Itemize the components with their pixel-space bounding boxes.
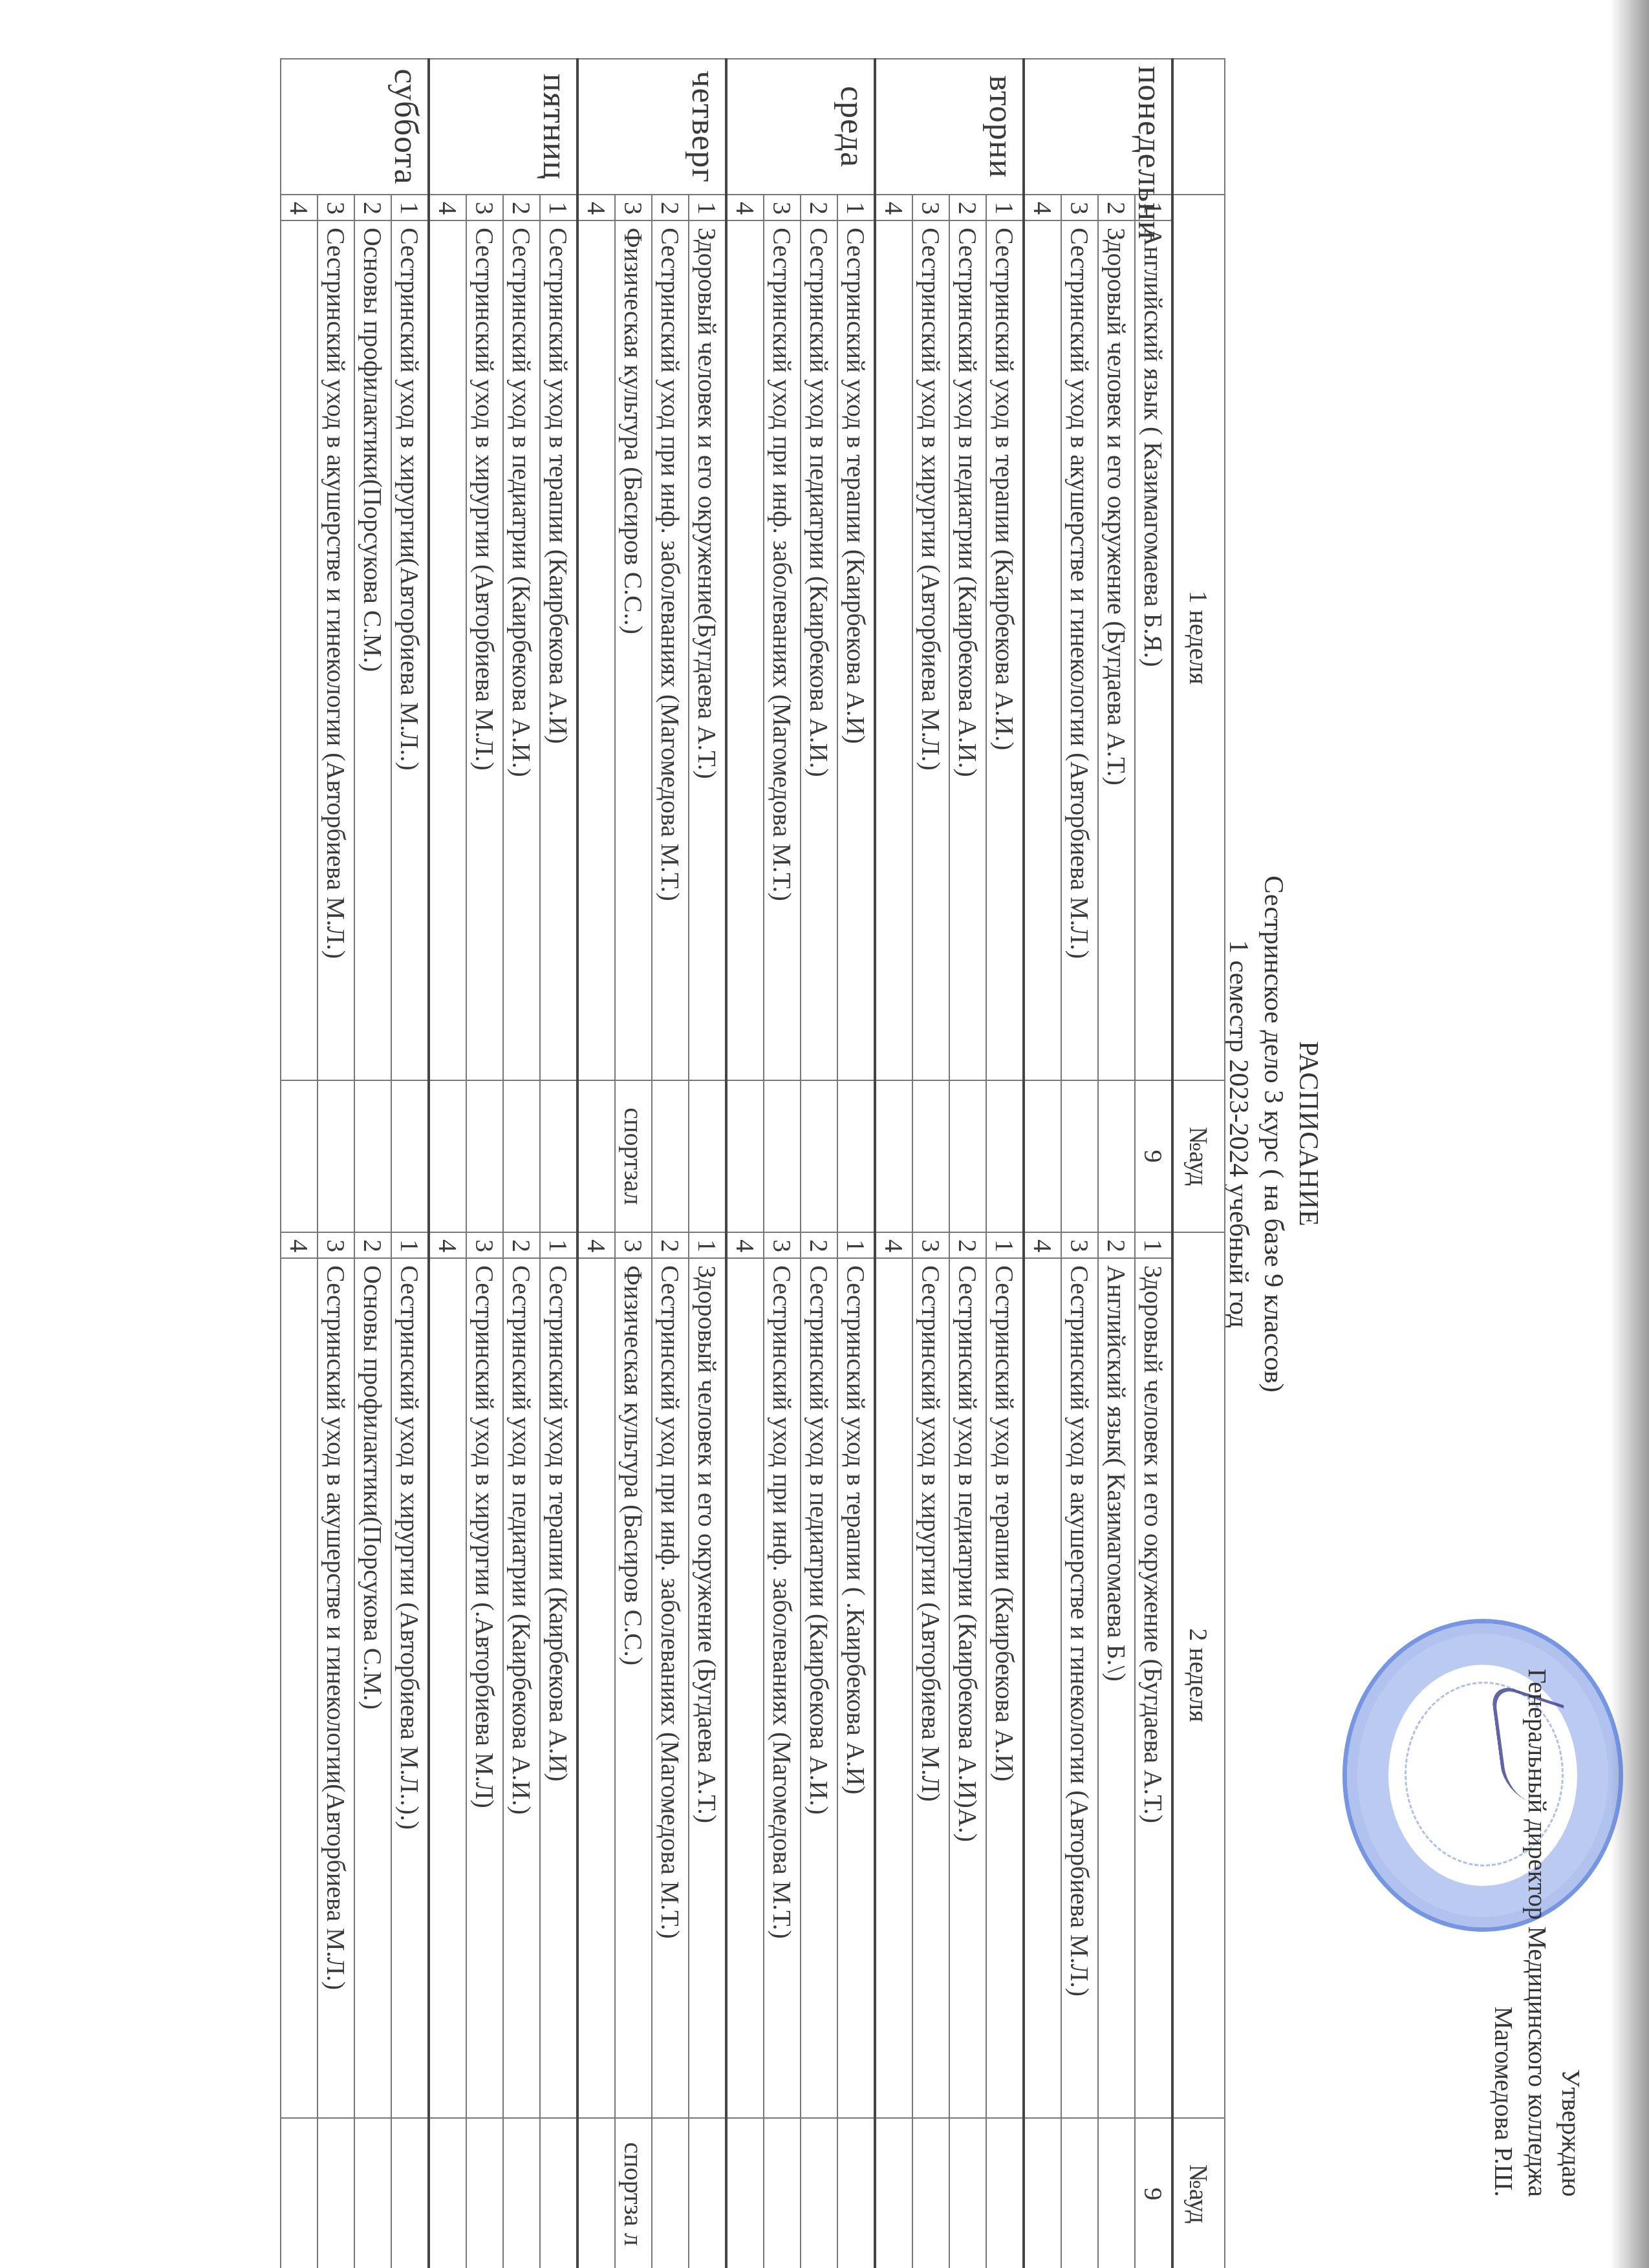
lesson-number-week2: 1 — [689, 1232, 726, 1258]
title-semester: 1 семестр 2023-2024 учебный год — [1221, 0, 1256, 2268]
lesson-subject-week1: Сестринский уход в акушерстве и гинеколо… — [1061, 220, 1098, 1080]
lesson-subject-week2: Здоровый человек и его окружение (Бугдае… — [689, 1258, 726, 2118]
lesson-subject-week2: Здоровый человек и его окружение (Бугдае… — [1135, 1258, 1172, 2118]
table-row: среда1Сестринский уход в терапии (Каирбе… — [837, 59, 875, 2268]
lesson-number-week2: 4 — [875, 1232, 912, 1258]
header-aud-week2: №ауд — [1172, 2118, 1225, 2268]
lesson-number-week2: 1 — [986, 1232, 1024, 1258]
lesson-room-week2 — [540, 2118, 577, 2268]
lesson-number-week1: 3 — [318, 195, 354, 220]
table-row: вторни1Сестринский уход в терапии (Каирб… — [986, 59, 1024, 2268]
lesson-room-week1 — [391, 1080, 429, 1232]
lesson-subject-week1 — [281, 220, 318, 1080]
lesson-subject-week1: Сестринский уход при инф. заболеваниях (… — [764, 220, 801, 1080]
lesson-number-week1: 2 — [503, 195, 540, 220]
lesson-room-week2 — [577, 2118, 615, 2268]
lesson-room-week1 — [764, 1080, 801, 1232]
lesson-number-week1: 2 — [801, 195, 837, 220]
table-row: 44 — [281, 59, 318, 2268]
lesson-subject-week2: Сестринский уход при инф. заболеваниях (… — [764, 1258, 801, 2118]
lesson-room-week1: спортзал — [615, 1080, 652, 1232]
lesson-subject-week1: Сестринский уход в педиатрии (Каирбекова… — [503, 220, 540, 1080]
lesson-subject-week1 — [429, 220, 466, 1080]
lesson-subject-week2: Сестринский уход в терапии (Каирбекова А… — [986, 1258, 1024, 2118]
lesson-number-week2: 1 — [1135, 1232, 1172, 1258]
lesson-room-week2 — [503, 2118, 540, 2268]
lesson-subject-week2 — [577, 1258, 615, 2118]
table-row: 3Сестринский уход в хирургии (Авторбиева… — [912, 59, 949, 2268]
lesson-number-week1: 2 — [949, 195, 986, 220]
scan-edge-shadow — [1610, 0, 1649, 2268]
lesson-number-week1: 4 — [875, 195, 912, 220]
lesson-number-week2: 2 — [354, 1232, 391, 1258]
lesson-number-week1: 1 — [540, 195, 577, 220]
lesson-room-week1 — [540, 1080, 577, 1232]
lesson-subject-week2: Сестринский уход в акушерстве и гинеколо… — [1061, 1258, 1098, 2118]
lesson-room-week1 — [318, 1080, 354, 1232]
lesson-number-week2: 2 — [1098, 1232, 1135, 1258]
lesson-subject-week2: Сестринский уход в хирургии (Авторбиева … — [391, 1258, 429, 2118]
lesson-room-week1 — [577, 1080, 615, 1232]
lesson-room-week1 — [1098, 1080, 1135, 1232]
lesson-room-week1 — [652, 1080, 689, 1232]
lesson-room-week2 — [875, 2118, 912, 2268]
lesson-room-week2 — [1061, 2118, 1098, 2268]
lesson-subject-week1 — [577, 220, 615, 1080]
lesson-number-week1: 3 — [466, 195, 503, 220]
lesson-number-week2: 3 — [912, 1232, 949, 1258]
schedule-table: 1 неделя №ауд 2 неделя №ауд понедельни1А… — [280, 58, 1225, 2268]
lesson-number-week1: 2 — [354, 195, 391, 220]
lesson-subject-week1: Сестринский уход в акушерстве и гинеколо… — [318, 220, 354, 1080]
table-row: пятниц1Сестринский уход в терапии (Каирб… — [540, 59, 577, 2268]
header-week1: 1 неделя — [1172, 195, 1225, 1080]
title-heading: РАСПИСАНИЕ — [1291, 0, 1326, 2268]
lesson-number-week2: 1 — [837, 1232, 875, 1258]
lesson-number-week2: 2 — [801, 1232, 837, 1258]
day-label: пятниц — [429, 59, 577, 195]
lesson-subject-week1: Сестринский уход в хирургии (Авторбиева … — [466, 220, 503, 1080]
lesson-room-week2 — [354, 2118, 391, 2268]
lesson-subject-week2 — [875, 1258, 912, 2118]
header-aud-week1: №ауд — [1172, 1080, 1225, 1232]
table-row: 44 — [429, 59, 466, 2268]
lesson-subject-week2: Английский язык( Казимагомаева Б.\) — [1098, 1258, 1135, 2118]
lesson-room-week2 — [466, 2118, 503, 2268]
lesson-subject-week2: Сестринский уход в педиатрии (Каирбекова… — [949, 1258, 986, 2118]
table-row: 3Сестринский уход в акушерстве и гинекол… — [1061, 59, 1098, 2268]
lesson-number-week1: 3 — [764, 195, 801, 220]
table-row: 3Сестринский уход в хирургии (Авторбиева… — [466, 59, 503, 2268]
lesson-subject-week1 — [875, 220, 912, 1080]
table-row: суббота1Сестринский уход в хирургии(Авто… — [391, 59, 429, 2268]
table-row: 3Сестринский уход при инф. заболеваниях … — [764, 59, 801, 2268]
lesson-subject-week2: Сестринский уход в терапии ( .Каирбекова… — [837, 1258, 875, 2118]
lesson-subject-week1 — [726, 220, 764, 1080]
lesson-subject-week1: Сестринский уход в педиатрии (Каирбекова… — [949, 220, 986, 1080]
lesson-room-week2 — [652, 2118, 689, 2268]
table-row: 2Сестринский уход в педиатрии (Каирбеков… — [949, 59, 986, 2268]
schedule-body: понедельни1Английский язык ( Казимагомае… — [281, 59, 1172, 2268]
lesson-number-week2: 4 — [1024, 1232, 1061, 1258]
lesson-number-week2: 3 — [1061, 1232, 1098, 1258]
table-row: 2Сестринский уход в педиатрии (Каирбеков… — [801, 59, 837, 2268]
lesson-room-week1 — [949, 1080, 986, 1232]
table-row: 2Сестринский уход в педиатрии (Каирбеков… — [503, 59, 540, 2268]
approval-label: Утверждаю — [1554, 1486, 1588, 2197]
lesson-number-week1: 3 — [912, 195, 949, 220]
lesson-subject-week1: Здоровый человек и его окружение (Бугдае… — [1098, 220, 1135, 1080]
lesson-subject-week1: Сестринский уход в хирургии(Авторбиева М… — [391, 220, 429, 1080]
lesson-subject-week2: Сестринский уход в терапии (Каирбекова А… — [540, 1258, 577, 2118]
lesson-subject-week1: Сестринский уход в терапии (Каирбекова А… — [986, 220, 1024, 1080]
table-row: 44 — [726, 59, 764, 2268]
lesson-room-week1 — [503, 1080, 540, 1232]
table-row: 44 — [577, 59, 615, 2268]
lesson-number-week1: 4 — [1024, 195, 1061, 220]
lesson-room-week2 — [391, 2118, 429, 2268]
lesson-room-week2 — [1098, 2118, 1135, 2268]
lesson-subject-week2 — [1024, 1258, 1061, 2118]
table-row: 2Основы профилактики(Порсукова С.М.)2Осн… — [354, 59, 391, 2268]
lesson-subject-week2: Сестринский уход в акушерстве и гинеколо… — [318, 1258, 354, 2118]
lesson-number-week1: 4 — [726, 195, 764, 220]
table-row: 3Сестринский уход в акушерстве и гинекол… — [318, 59, 354, 2268]
lesson-room-week1 — [801, 1080, 837, 1232]
lesson-number-week2: 3 — [615, 1232, 652, 1258]
lesson-room-week1 — [1024, 1080, 1061, 1232]
day-label: понедельни — [1024, 59, 1172, 195]
lesson-number-week2: 2 — [949, 1232, 986, 1258]
lesson-number-week1: 4 — [577, 195, 615, 220]
approval-position: Генеральный директор Медицинского коллед… — [1520, 1486, 1554, 2197]
table-row: понедельни1Английский язык ( Казимагомае… — [1135, 59, 1172, 2268]
table-row: 44 — [875, 59, 912, 2268]
lesson-number-week2: 2 — [503, 1232, 540, 1258]
lesson-room-week2 — [837, 2118, 875, 2268]
lesson-room-week2 — [912, 2118, 949, 2268]
table-row: 2Здоровый человек и его окружение (Бугда… — [1098, 59, 1135, 2268]
lesson-subject-week2: Основы профилактики(Порсукова С.М.) — [354, 1258, 391, 2118]
day-label: среда — [726, 59, 875, 195]
lesson-number-week1: 2 — [1098, 195, 1135, 220]
lesson-subject-week1: Физическая культура (Басиров С.С..) — [615, 220, 652, 1080]
lesson-room-week1 — [986, 1080, 1024, 1232]
lesson-room-week2: 9 — [1135, 2118, 1172, 2268]
table-header-row: 1 неделя №ауд 2 неделя №ауд — [1172, 59, 1225, 2268]
lesson-room-week2 — [764, 2118, 801, 2268]
lesson-room-week1 — [689, 1080, 726, 1232]
lesson-subject-week1: Основы профилактики(Порсукова С.М.) — [354, 220, 391, 1080]
lesson-subject-week1: Здоровый человек и его окружение(Бугдаев… — [689, 220, 726, 1080]
lesson-room-week2 — [949, 2118, 986, 2268]
lesson-subject-week2 — [726, 1258, 764, 2118]
lesson-subject-week2: Сестринский уход в хирургии (Авторбиева … — [912, 1258, 949, 2118]
table-row: четверг1Здоровый человек и его окружение… — [689, 59, 726, 2268]
lesson-subject-week1: Сестринский уход в терапии (Каирбекова А… — [540, 220, 577, 1080]
lesson-subject-week2: Сестринский уход в педиатрии (Каирбекова… — [801, 1258, 837, 2118]
lesson-subject-week1: Сестринский уход в хирургии (Авторбиева … — [912, 220, 949, 1080]
lesson-subject-week1: Сестринский уход при инф. заболеваниях (… — [652, 220, 689, 1080]
lesson-number-week2: 3 — [318, 1232, 354, 1258]
lesson-number-week2: 4 — [281, 1232, 318, 1258]
lesson-room-week1: 9 — [1135, 1080, 1172, 1232]
lesson-number-week2: 3 — [466, 1232, 503, 1258]
lesson-subject-week1: Сестринский уход в терапии (Каирбекова А… — [837, 220, 875, 1080]
lesson-subject-week1: Английский язык ( Казимагомаева Б.Я.) — [1135, 220, 1172, 1080]
approval-block: Утверждаю Генеральный директор Медицинск… — [1487, 1486, 1588, 2197]
lesson-number-week1: 4 — [429, 195, 466, 220]
title-subtitle: Сестринское дело 3 курс ( на базе 9 клас… — [1256, 0, 1291, 2268]
lesson-room-week1 — [875, 1080, 912, 1232]
lesson-room-week2 — [986, 2118, 1024, 2268]
lesson-room-week2 — [318, 2118, 354, 2268]
day-label: суббота — [281, 59, 429, 195]
lesson-number-week1: 1 — [391, 195, 429, 220]
table-row: 3Физическая культура (Басиров С.С..)спор… — [615, 59, 652, 2268]
lesson-room-week2 — [1024, 2118, 1061, 2268]
lesson-subject-week2 — [429, 1258, 466, 2118]
lesson-number-week2: 1 — [540, 1232, 577, 1258]
lesson-number-week1: 1 — [689, 195, 726, 220]
lesson-room-week2 — [726, 2118, 764, 2268]
lesson-room-week1 — [1061, 1080, 1098, 1232]
lesson-room-week2 — [429, 2118, 466, 2268]
day-label: вторни — [875, 59, 1024, 195]
lesson-room-week1 — [429, 1080, 466, 1232]
approval-signatory: Магомедова Р.Ш. — [1487, 1486, 1520, 2197]
table-row: 2Сестринский уход при инф. заболеваниях … — [652, 59, 689, 2268]
lesson-subject-week1: Сестринский уход в педиатрии (Каирбекова… — [801, 220, 837, 1080]
lesson-number-week1: 3 — [615, 195, 652, 220]
header-week2: 2 неделя — [1172, 1232, 1225, 2118]
day-label: четверг — [577, 59, 726, 195]
lesson-subject-week2: Сестринский уход при инф. заболеваниях (… — [652, 1258, 689, 2118]
lesson-room-week1 — [837, 1080, 875, 1232]
document-title: РАСПИСАНИЕ Сестринское дело 3 курс ( на … — [1221, 0, 1326, 2268]
lesson-room-week1 — [466, 1080, 503, 1232]
lesson-number-week1: 2 — [652, 195, 689, 220]
lesson-number-week2: 3 — [764, 1232, 801, 1258]
table-row: 44 — [1024, 59, 1061, 2268]
lesson-subject-week2: Сестринский уход в хирургии (.Авторбиева… — [466, 1258, 503, 2118]
header-day — [1172, 59, 1225, 195]
lesson-number-week2: 4 — [577, 1232, 615, 1258]
lesson-number-week1: 1 — [986, 195, 1024, 220]
lesson-number-week1: 4 — [281, 195, 318, 220]
lesson-room-week1 — [354, 1080, 391, 1232]
lesson-subject-week2 — [281, 1258, 318, 2118]
lesson-number-week2: 4 — [726, 1232, 764, 1258]
lesson-room-week2 — [801, 2118, 837, 2268]
schedule-sheet: Утверждаю Генеральный директор Медицинск… — [0, 0, 1649, 2268]
lesson-room-week2 — [281, 2118, 318, 2268]
lesson-room-week2: спортза л — [615, 2118, 652, 2268]
lesson-room-week2 — [689, 2118, 726, 2268]
lesson-number-week2: 1 — [391, 1232, 429, 1258]
lesson-room-week1 — [726, 1080, 764, 1232]
lesson-number-week2: 4 — [429, 1232, 466, 1258]
lesson-number-week1: 1 — [837, 195, 875, 220]
lesson-room-week1 — [281, 1080, 318, 1232]
lesson-subject-week2: Сестринский уход в педиатрии (Каирбекова… — [503, 1258, 540, 2118]
lesson-subject-week1 — [1024, 220, 1061, 1080]
lesson-subject-week2: Физическая культура (Басиров С.С.) — [615, 1258, 652, 2118]
lesson-number-week1: 3 — [1061, 195, 1098, 220]
lesson-room-week1 — [912, 1080, 949, 1232]
lesson-number-week2: 2 — [652, 1232, 689, 1258]
